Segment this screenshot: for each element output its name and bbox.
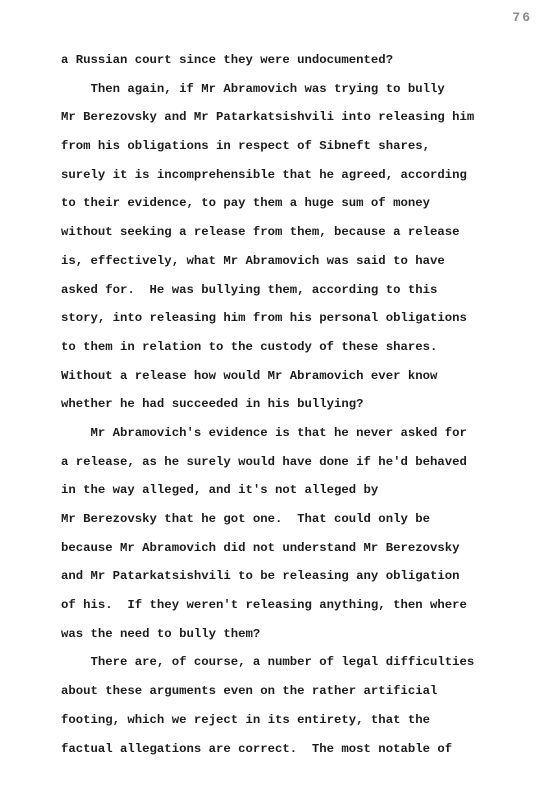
text-line: factual allegations are correct. The mos… [61, 735, 558, 764]
text-line: is, effectively, what Mr Abramovich was … [61, 247, 558, 276]
text-line: asked for. He was bullying them, accordi… [61, 276, 558, 305]
text-line: Mr Abramovich's evidence is that he neve… [61, 419, 558, 448]
text-line: There are, of course, a number of legal … [61, 648, 558, 677]
text-line: whether he had succeeded in his bullying… [61, 390, 558, 419]
text-line: because Mr Abramovich did not understand… [61, 534, 558, 563]
text-line: without seeking a release from them, bec… [61, 218, 558, 247]
text-line: a release, as he surely would have done … [61, 448, 558, 477]
text-line: to them in relation to the custody of th… [61, 333, 558, 362]
text-line: story, into releasing him from his perso… [61, 304, 558, 333]
text-line: surely it is incomprehensible that he ag… [61, 161, 558, 190]
text-line: and Mr Patarkatsishvili to be releasing … [61, 562, 558, 591]
text-line: from his obligations in respect of Sibne… [61, 132, 558, 161]
document-page: 76 a Russian court since they were undoc… [0, 0, 558, 789]
text-line: to their evidence, to pay them a huge su… [61, 189, 558, 218]
text-line: about these arguments even on the rather… [61, 677, 558, 706]
transcript-text: a Russian court since they were undocume… [61, 46, 558, 763]
text-line: footing, which we reject in its entirety… [61, 706, 558, 735]
text-line: Without a release how would Mr Abramovic… [61, 362, 558, 391]
text-line: Then again, if Mr Abramovich was trying … [61, 75, 558, 104]
text-line: of his. If they weren't releasing anythi… [61, 591, 558, 620]
text-line: a Russian court since they were undocume… [61, 46, 558, 75]
text-line: was the need to bully them? [61, 620, 558, 649]
text-line: Mr Berezovsky and Mr Patarkatsishvili in… [61, 103, 558, 132]
text-line: Mr Berezovsky that he got one. That coul… [61, 505, 558, 534]
text-line: in the way alleged, and it's not alleged… [61, 476, 558, 505]
page-number: 76 [512, 10, 532, 25]
